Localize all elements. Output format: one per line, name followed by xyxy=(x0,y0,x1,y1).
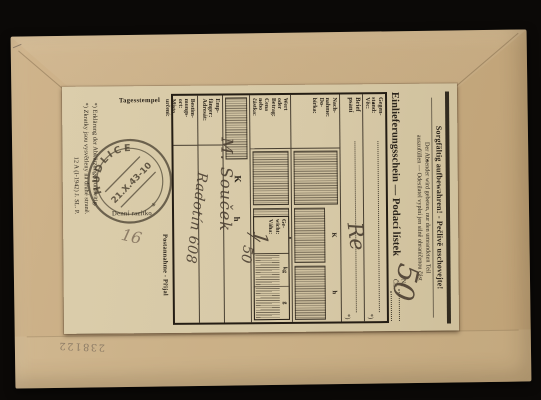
handwritten-fee-h: 50 xyxy=(237,244,256,264)
g-unit-label: g xyxy=(281,287,289,319)
footnote-mark: *) xyxy=(342,314,351,322)
postal-receipt-paper: Sorgfältig aufbewahren! - Pečlivě uschov… xyxy=(62,83,459,333)
form-imprint: 12 A (I-1942) J. SL. P. xyxy=(73,157,81,215)
keep-note: Sorgfältig aufbewahren! - Pečlivě uschov… xyxy=(434,92,445,324)
einlieferungsschein-form: Sorgfältig aufbewahren! - Pečlivě uschov… xyxy=(69,91,451,326)
form-top-rule xyxy=(445,91,451,323)
bestimmungsort-label: Bestim- mungs- ort: Místo určení: xyxy=(173,96,197,146)
hatched-cell xyxy=(252,151,288,206)
hatched-cell xyxy=(256,288,280,318)
wert-row: Wert oder Betrag: Cena nebo částka: Ge- … xyxy=(249,95,292,322)
hatched-cell xyxy=(294,265,325,320)
scan-background: Sorgfältig aufbewahren! - Pečlivě uschov… xyxy=(0,0,541,400)
brief-label: Brief psaní xyxy=(340,94,362,139)
gegenstand-label: Gegen- stand: Věc: xyxy=(363,94,385,139)
dotted-leader xyxy=(377,141,386,312)
footnote-mark: *) xyxy=(365,314,374,322)
handwritten-addressee: M. Souček xyxy=(216,137,237,232)
currency-col-header: K xyxy=(328,208,338,262)
pencil-note-number: 238122 xyxy=(58,340,106,353)
brief-row: Brief psaní *) xyxy=(339,94,364,321)
tagesstempel-label: Tagesstempel xyxy=(119,97,160,104)
postmark-date: 21.X.43-10 xyxy=(110,161,154,206)
pencil-tick-mark xyxy=(13,44,22,49)
nachnahme-label: Nach- nahme: Do- bírka: xyxy=(291,94,339,148)
hatched-cell xyxy=(294,208,325,263)
hatched-cell xyxy=(293,150,337,205)
amount-grid: K h xyxy=(291,148,341,321)
postannahme-label: Postannahme - Přijal xyxy=(161,234,169,296)
handwritten-mark: Re xyxy=(342,221,369,252)
g-cell: g xyxy=(255,287,289,319)
gegenstand-row: Gegen- stand: Věc: *) xyxy=(362,94,387,321)
wert-label: Wert oder Betrag: Cena nebo částka: xyxy=(250,95,290,149)
nachnahme-row: Nach- nahme: Do- bírka: K h xyxy=(290,94,341,321)
kg-unit-label: kg xyxy=(280,254,288,286)
envelope-bottom-flap xyxy=(15,329,532,388)
heller-col-header: h xyxy=(328,265,338,319)
postmark-star: * xyxy=(149,200,160,211)
form-title: Einlieferungsschein — Podací lístek xyxy=(389,92,401,256)
hatched-cell xyxy=(255,255,279,285)
kg-cell: kg xyxy=(254,254,288,287)
footnote-german: *) Erklärung der Abkürzungen umseitig. xyxy=(91,103,99,207)
footnote-czech: *) Zkratky jsou vysvětleny na druhé stra… xyxy=(82,103,90,215)
envelope-back: Sorgfältig aufbewahren! - Pečlivě uschov… xyxy=(11,29,532,388)
